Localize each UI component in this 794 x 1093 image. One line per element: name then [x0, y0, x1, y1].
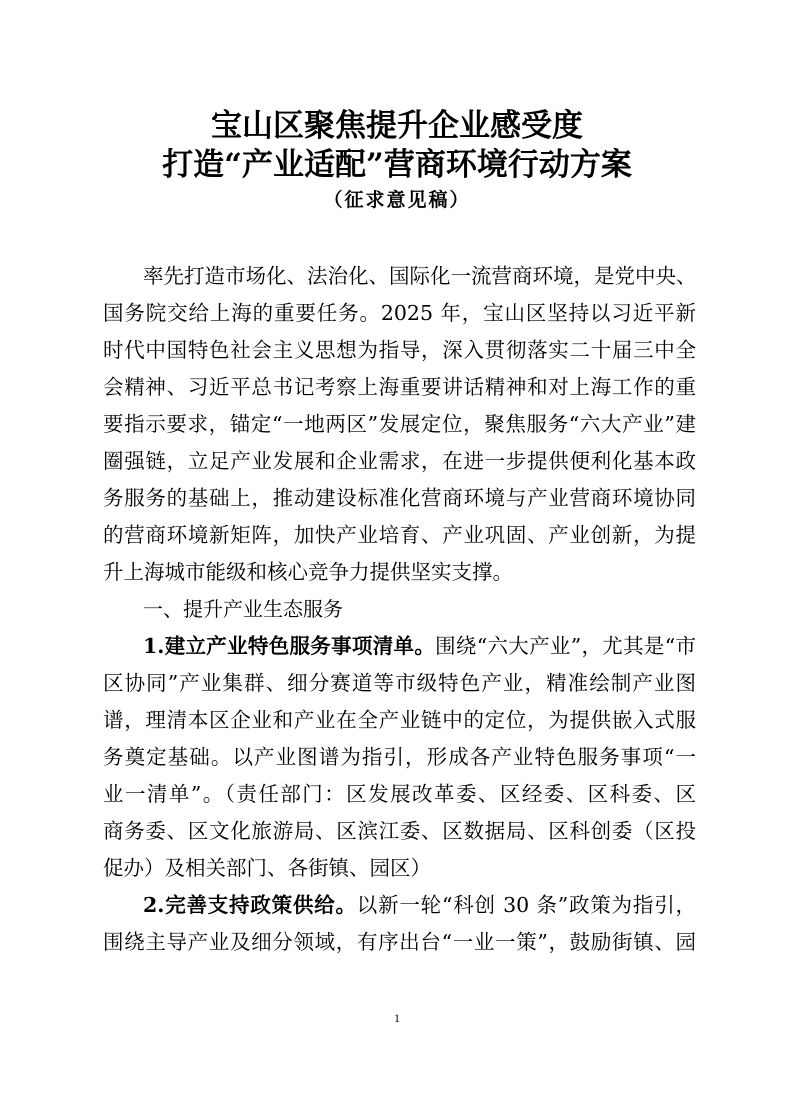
item1-first-line: 1.建立产业特色服务事项清单。围绕“六大产业”，尤其是“市	[143, 628, 696, 664]
item1-line: 务奠定基础。以产业图谱为指引，形成各产业特色服务事项“一	[103, 739, 696, 775]
intro-line: 国务院交给上海的重要任务。2025 年，宝山区坚持以习近平新	[103, 295, 696, 331]
item2-first-line: 2.完善支持政策供给。以新一轮“科创 30 条”政策为指引，	[143, 887, 696, 923]
intro-line: 要指示要求，锚定“一地两区”发展定位，聚焦服务“六大产业”建	[103, 406, 696, 442]
item1-line: 谱，理清本区企业和产业在全产业链中的定位，为提供嵌入式服	[103, 702, 696, 738]
item2-label: 2.完善支持政策供给。	[143, 893, 357, 917]
intro-line: 会精神、习近平总书记考察上海重要讲话精神和对上海工作的重	[103, 369, 696, 405]
intro-line: 升上海城市能级和核心竞争力提供坚实支撑。	[103, 554, 696, 590]
item1-label: 1.建立产业特色服务事项清单。	[143, 634, 435, 658]
item2-line: 围绕主导产业及细分领域，有序出台“一业一策”，鼓励街镇、园	[103, 924, 696, 960]
document-page: 宝山区聚焦提升企业感受度 打造“产业适配”营商环境行动方案 （征求意见稿） 率先…	[0, 0, 794, 1093]
document-subtitle: （征求意见稿）	[0, 186, 794, 214]
item1-line: 商务委、区文化旅游局、区滨江委、区数据局、区科创委（区投	[103, 813, 696, 849]
document-title-line1: 宝山区聚焦提升企业感受度	[0, 106, 794, 146]
item1-line: 区协同”产业集群、细分赛道等市级特色产业，精准绘制产业图	[103, 665, 696, 701]
item2-text: 以新一轮“科创 30 条”政策为指引，	[357, 893, 696, 917]
section-heading: 一、提升产业生态服务	[143, 591, 696, 627]
document-title-line2: 打造“产业适配”营商环境行动方案	[0, 145, 794, 185]
item1-line: 业一清单”。（责任部门：区发展改革委、区经委、区科委、区	[103, 776, 696, 812]
intro-line: 的营商环境新矩阵，加快产业培育、产业巩固、产业创新，为提	[103, 517, 696, 553]
intro-line: 务服务的基础上，推动建设标准化营商环境与产业营商环境协同	[103, 480, 696, 516]
intro-line: 圈强链，立足产业发展和企业需求，在进一步提供便利化基本政	[103, 443, 696, 479]
intro-line: 率先打造市场化、法治化、国际化一流营商环境，是党中央、	[143, 258, 696, 294]
page-number: 1	[0, 1011, 794, 1026]
item1-line: 促办）及相关部门、各街镇、园区）	[103, 850, 696, 886]
intro-line: 时代中国特色社会主义思想为指导，深入贯彻落实二十届三中全	[103, 332, 696, 368]
item1-text: 围绕“六大产业”，尤其是“市	[435, 634, 696, 658]
